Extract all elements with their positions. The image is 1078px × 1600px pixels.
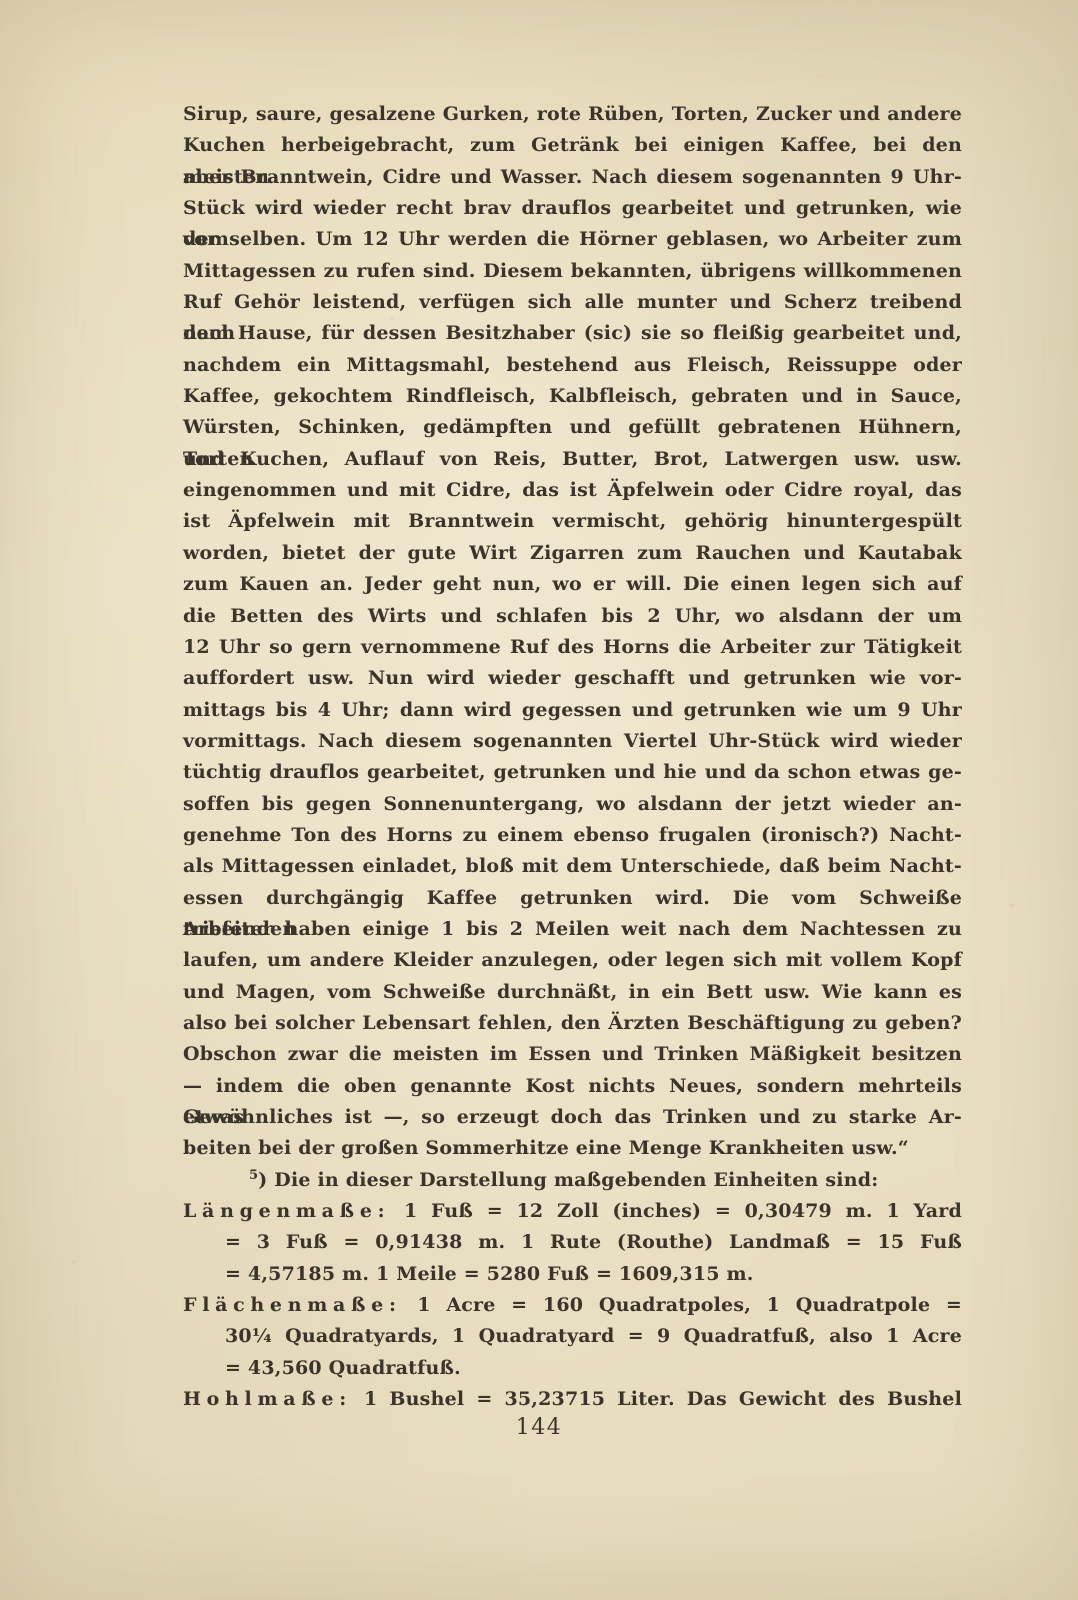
body-line: laufen, um andere Kleider anzulegen, ode… [183, 945, 962, 976]
footnote-hohlmasse-line-1: Hohlmaße: 1 Bushel = 35,23715 Liter. Das… [183, 1384, 962, 1415]
footnote-5: 5) Die in dieser Darstellung maßgebenden… [183, 1165, 962, 1416]
body-line: 12 Uhr so gern vernommene Ruf des Horns … [183, 632, 962, 663]
footnote-laengenmasse-line-1: Längenmaße: 1 Fuß = 12 Zoll (inches) = 0… [183, 1196, 962, 1227]
body-line: zum Kauen an. Jeder geht nun, wo er will… [183, 569, 962, 600]
body-line: beiten bei der großen Sommerhitze eine M… [183, 1133, 962, 1164]
page-number: 144 [0, 1412, 1078, 1444]
body-line: aber Branntwein, Cidre und Wasser. Nach … [183, 162, 962, 193]
body-line: die Betten des Wirts und schlafen bis 2 … [183, 601, 962, 632]
body-line: Ruf Gehör leistend, verfügen sich alle m… [183, 287, 962, 318]
footnote-hohlmasse-label: Hohlmaße: [183, 1388, 352, 1410]
body-line: also bei solcher Lebensart fehlen, den Ä… [183, 1008, 962, 1039]
body-line: eingenommen und mit Cidre, das ist Äpfel… [183, 475, 962, 506]
footnote-laengenmasse-text: 1 Fuß = 12 Zoll (inches) = 0,30479 m. 1 … [404, 1200, 962, 1222]
footnote-flaechenmasse-line-1: Flächenmaße: 1 Acre = 160 Quadratpoles, … [183, 1290, 962, 1321]
footnote-marker-paren: ) [258, 1169, 267, 1191]
body-line: nachdem ein Mittagsmahl, bestehend aus F… [183, 350, 962, 381]
body-line: und Magen, vom Schweiße durchnäßt, in ei… [183, 977, 962, 1008]
body-line: Sirup, saure, gesalzene Gurken, rote Rüb… [183, 99, 962, 130]
body-line: Kuchen herbeigebracht, zum Getränk bei e… [183, 130, 962, 161]
text-column: Sirup, saure, gesalzene Gurken, rote Rüb… [183, 99, 962, 1415]
footnote-intro-text: Die in dieser Darstellung maßgebenden Ei… [274, 1169, 878, 1191]
body-line: essen durchgängig Kaffee getrunken wird.… [183, 883, 962, 914]
main-paragraph: Sirup, saure, gesalzene Gurken, rote Rüb… [183, 99, 962, 1165]
body-line: genehme Ton des Horns zu einem ebenso fr… [183, 820, 962, 851]
footnote-laengenmasse-label: Längenmaße: [183, 1200, 390, 1222]
body-line: Mittagessen zu rufen sind. Diesem bekann… [183, 256, 962, 287]
footnote-flaechenmasse-line-2: 30¼ Quadratyards, 1 Quadratyard = 9 Quad… [183, 1321, 962, 1352]
body-line: mittags bis 4 Uhr; dann wird gegessen un… [183, 695, 962, 726]
body-line: ist Äpfelwein mit Branntwein vermischt, … [183, 506, 962, 537]
body-line: soffen bis gegen Sonnenuntergang, wo als… [183, 789, 962, 820]
body-line: Stück wird wieder recht brav drauflos ge… [183, 193, 962, 224]
body-line: Arbeiter haben einige 1 bis 2 Meilen wei… [183, 914, 962, 945]
body-line: tüchtig drauflos gearbeitet, getrunken u… [183, 757, 962, 788]
body-line: worden, bietet der gute Wirt Zigarren zu… [183, 538, 962, 569]
footnote-flaechenmasse-line-3: = 43,560 Quadratfuß. [183, 1353, 962, 1384]
body-line: als Mittagessen einladet, bloß mit dem U… [183, 851, 962, 882]
body-line: Obschon zwar die meisten im Essen und Tr… [183, 1039, 962, 1070]
body-line: auffordert usw. Nun wird wieder geschaff… [183, 663, 962, 694]
body-line: Kaffee, gekochtem Rindfleisch, Kalbfleis… [183, 381, 962, 412]
footnote-intro-line: 5) Die in dieser Darstellung maßgebenden… [183, 1165, 962, 1196]
footnote-flaechenmasse-label: Flächenmaße: [183, 1294, 402, 1316]
body-line: und Kuchen, Auflauf von Reis, Butter, Br… [183, 444, 962, 475]
body-line: vormittags. Nach diesem sogenannten Vier… [183, 726, 962, 757]
body-line: demselben. Um 12 Uhr werden die Hörner g… [183, 224, 962, 255]
footnote-laengenmasse-line-3: = 4,57185 m. 1 Meile = 5280 Fuß = 1609,3… [183, 1259, 962, 1290]
scanned-book-page: Sirup, saure, gesalzene Gurken, rote Rüb… [0, 0, 1078, 1600]
footnote-hohlmasse-text: 1 Bushel = 35,23715 Liter. Das Gewicht d… [364, 1388, 962, 1410]
body-line: Würsten, Schinken, gedämpften und gefüll… [183, 412, 962, 443]
footnote-flaechenmasse-text: 1 Acre = 160 Quadratpoles, 1 Quadratpole… [417, 1294, 962, 1316]
footnote-laengenmasse-line-2: = 3 Fuß = 0,91438 m. 1 Rute (Routhe) Lan… [183, 1227, 962, 1258]
body-line: — indem die oben genannte Kost nichts Ne… [183, 1071, 962, 1102]
body-line: dem Hause, für dessen Besitzhaber (sic) … [183, 318, 962, 349]
body-line: Gewöhnliches ist —, so erzeugt doch das … [183, 1102, 962, 1133]
footnote-marker: 5 [249, 1168, 258, 1183]
